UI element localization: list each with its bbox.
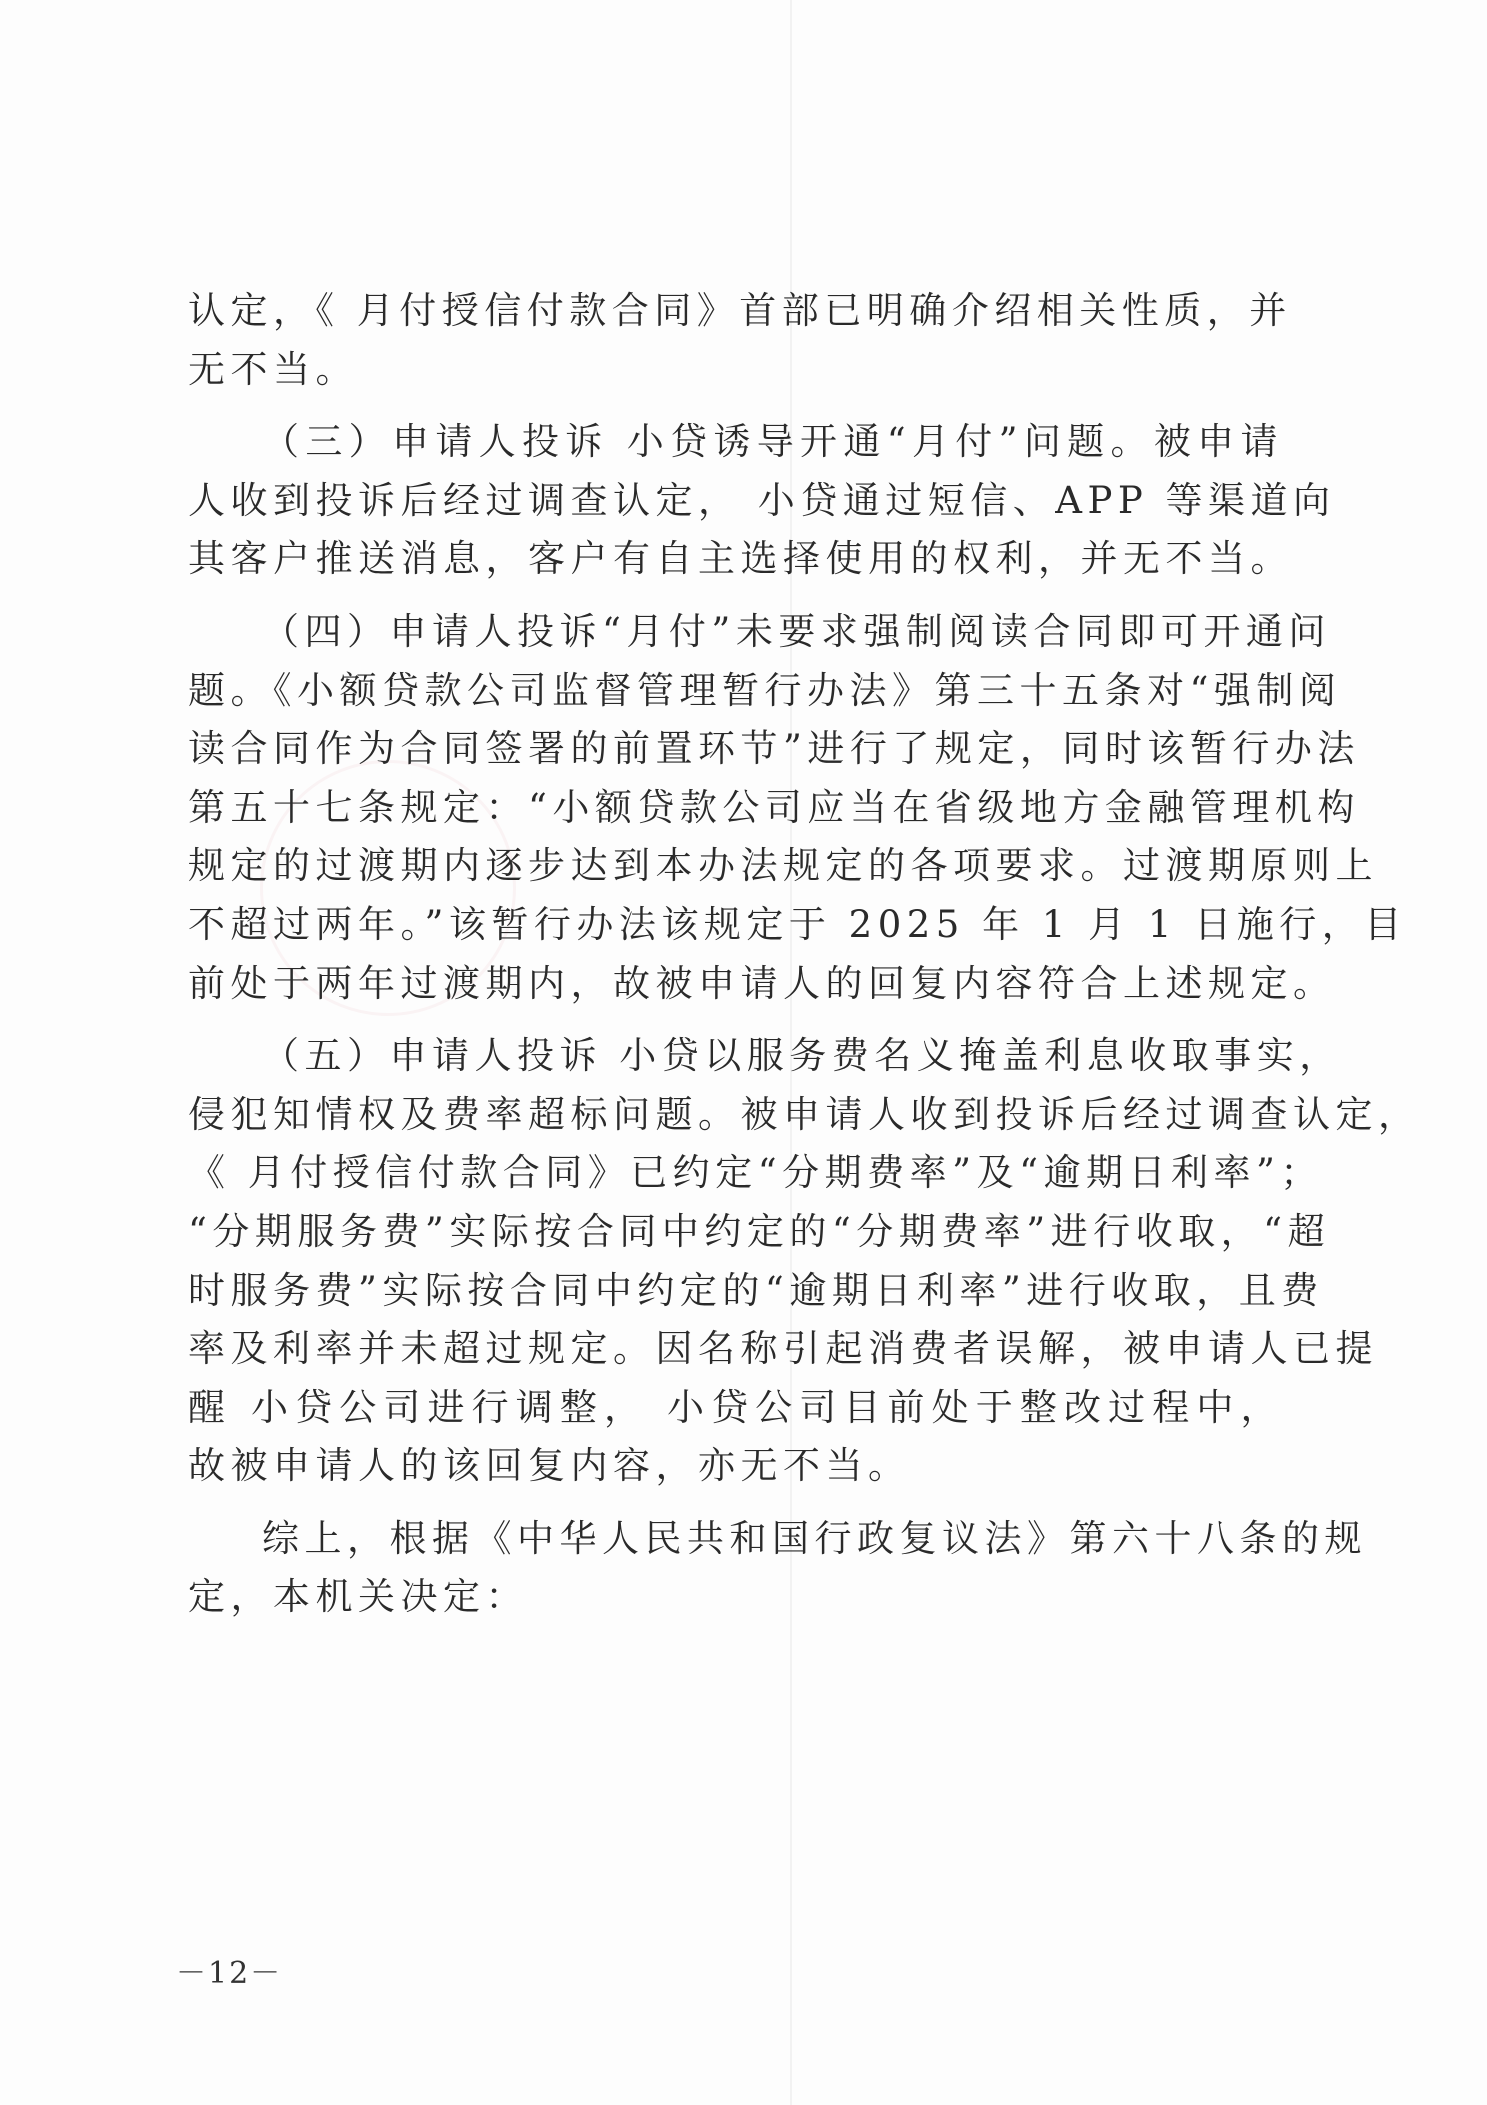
text-line: 第五十七条规定：“小额贷款公司应当在省级地方金融管理机构	[188, 779, 1283, 838]
text-line: 不超过两年。”该暂行办法该规定于 2025 年 1 月 1 日施行，目	[188, 896, 1283, 955]
text-line: （四）申请人投诉“月付”未要求强制阅读合同即可开通问	[188, 603, 1283, 662]
paragraph-item-4: （四）申请人投诉“月付”未要求强制阅读合同即可开通问 题。《小额贷款公司监督管理…	[188, 603, 1283, 1013]
text-line: 故被申请人的该回复内容，亦无不当。	[188, 1437, 1283, 1496]
text-line: 无不当。	[188, 341, 1283, 400]
text-line: 时服务费”实际按合同中约定的“逾期日利率”进行收取，且费	[188, 1262, 1283, 1321]
text-line: （三）申请人投诉 小贷诱导开通“月付”问题。被申请	[188, 413, 1283, 472]
text-line: 人收到投诉后经过调查认定， 小贷通过短信、APP 等渠道向	[188, 472, 1283, 531]
document-page: 认定，《 月付授信付款合同》首部已明确介绍相关性质，并 无不当。 （三）申请人投…	[0, 0, 1487, 2105]
text-line: 率及利率并未超过规定。因名称引起消费者误解，被申请人已提	[188, 1320, 1283, 1379]
text-line: 前处于两年过渡期内，故被申请人的回复内容符合上述规定。	[188, 955, 1283, 1014]
text-line: 综上，根据《中华人民共和国行政复议法》第六十八条的规	[188, 1510, 1283, 1569]
text-line: 认定，《 月付授信付款合同》首部已明确介绍相关性质，并	[188, 282, 1283, 341]
text-line: 题。《小额贷款公司监督管理暂行办法》第三十五条对“强制阅	[188, 662, 1283, 721]
page-number: －12－	[176, 1948, 282, 1992]
text-line: 规定的过渡期内逐步达到本办法规定的各项要求。过渡期原则上	[188, 837, 1283, 896]
text-line: 定，本机关决定：	[188, 1568, 1283, 1627]
paragraph-conclusion: 综上，根据《中华人民共和国行政复议法》第六十八条的规 定，本机关决定：	[188, 1510, 1283, 1627]
text-line: （五）申请人投诉 小贷以服务费名义掩盖利息收取事实，	[188, 1027, 1283, 1086]
text-line: 侵犯知情权及费率超标问题。被申请人收到投诉后经过调查认定，	[188, 1086, 1283, 1145]
text-line: 《 月付授信付款合同》已约定“分期费率”及“逾期日利率”；	[188, 1144, 1283, 1203]
text-line: 醒 小贷公司进行调整， 小贷公司目前处于整改过程中，	[188, 1379, 1283, 1438]
text-line: “分期服务费”实际按合同中约定的“分期费率”进行收取，“超	[188, 1203, 1283, 1262]
paragraph-item-3: （三）申请人投诉 小贷诱导开通“月付”问题。被申请 人收到投诉后经过调查认定， …	[188, 413, 1283, 589]
paragraph-continuation: 认定，《 月付授信付款合同》首部已明确介绍相关性质，并 无不当。	[188, 282, 1283, 399]
paragraph-item-5: （五）申请人投诉 小贷以服务费名义掩盖利息收取事实， 侵犯知情权及费率超标问题。…	[188, 1027, 1283, 1496]
document-body: 认定，《 月付授信付款合同》首部已明确介绍相关性质，并 无不当。 （三）申请人投…	[188, 282, 1283, 1627]
text-line: 读合同作为合同签署的前置环节”进行了规定，同时该暂行办法	[188, 720, 1283, 779]
text-line: 其客户推送消息，客户有自主选择使用的权利，并无不当。	[188, 530, 1283, 589]
